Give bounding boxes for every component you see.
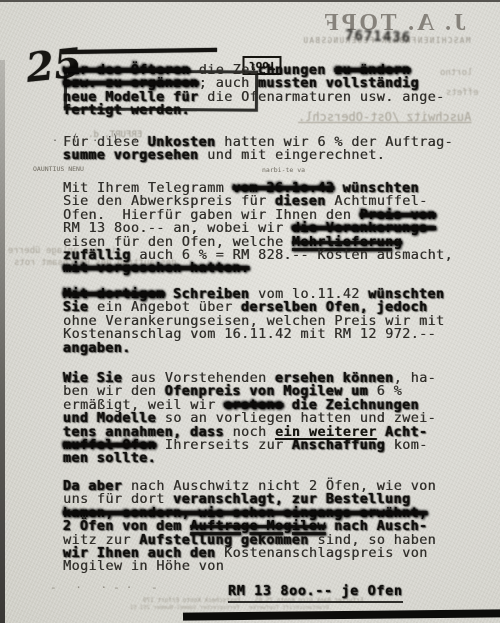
ink-line-mark [62,48,217,54]
letter-line: Mogilew in Höhe von [63,560,436,573]
text-segment: Kostenanschlagspreis von [224,545,427,561]
text-segment: mit vorgesehen hatten. [63,260,250,276]
text-segment: und mit eingerechnet. [199,147,386,163]
letter-line: men sollte. [63,452,436,465]
text-segment: summe vorgesehen [63,147,199,163]
amount-line: RM 13 8oo.-- je Ofen [228,583,403,603]
bleedthrough-footer-line-2: Drahtanschrift Topfwerke Fernsprecher Sa… [130,605,329,611]
stamp-number: 7671436 [345,28,412,46]
letter-paragraph-2: Für diese Unkosten hatten wir 6 % der Au… [63,136,453,163]
text-segment: kom- [385,437,427,453]
text-segment: men sollte. [63,450,156,466]
bleedthrough-fragment-right-2: effets [446,88,479,98]
text-segment: fertigt werden. [63,102,190,118]
scanned-letter-page: J. A. TOPF MASCHINENFABRIK FEUERUNGSBAU … [0,0,500,623]
bleedthrough-caps-left: OAUNTIUS NENU [33,165,84,173]
text-segment: Ihrerseits zur [156,437,292,453]
letter-paragraph-5: Wie Sie aus Vorstehenden ersehen können,… [63,372,436,466]
text-segment: die Ofenarmaturen usw. ange- [199,89,445,105]
letter-line: angaben. [63,342,445,355]
pen-dash-marks: - · ·-· - [50,581,164,594]
bleedthrough-caps-mid: narbi-te va [262,166,305,174]
text-segment: angaben. [63,340,131,356]
scan-edge-left [0,60,5,623]
scan-edge-top [0,0,500,2]
letter-line: summe vorgesehen und mit eingerechnet. [63,149,453,162]
letter-paragraph-4: Mit dortigem Schreiben vom lo.11.42 wüns… [63,288,445,355]
letter-line: fertigt werden. [63,104,445,117]
letter-paragraph-1: wir des Öfteren die Zeichnungen zu änder… [63,64,445,118]
letter-line: mit vorgesehen hatten. [63,262,453,275]
bleedthrough-fragment-right-1: lortno [440,68,473,78]
letter-paragraph-6: Da aber nach Auschwitz nicht 2 Öfen, wie… [63,480,436,574]
letter-paragraph-3: Mit Ihrem Telegramm vom 26.1o.42 wünscht… [63,182,453,276]
text-segment: Mogilew in Höhe von [63,558,224,574]
text-segment: Anschaffung [292,437,385,453]
scan-edge-bottom-bar [183,609,500,620]
